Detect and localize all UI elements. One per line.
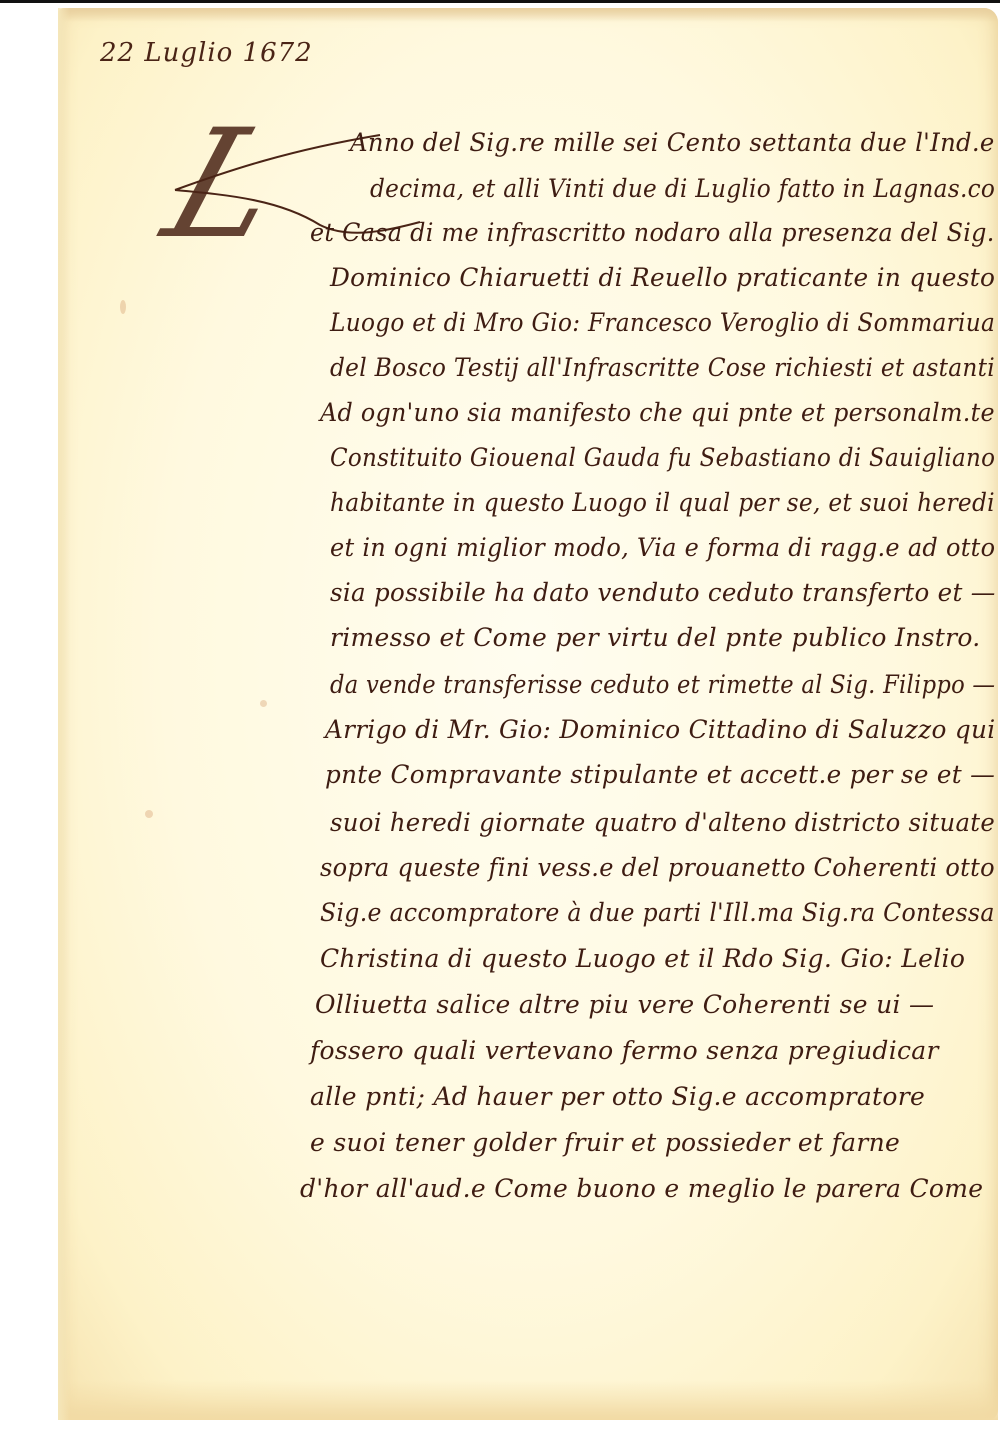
text-line: sia possibile ha dato venduto ceduto tra… bbox=[330, 578, 996, 607]
text-line: et Casa di me infrascritto nodaro alla p… bbox=[310, 218, 995, 247]
text-line: et in ogni miglior modo, Via e forma di … bbox=[330, 533, 995, 562]
paper-stain bbox=[145, 810, 153, 818]
text-line: rimesso et Come per virtu del pnte publi… bbox=[330, 623, 980, 652]
text-line: decima, et alli Vinti due di Luglio fatt… bbox=[370, 174, 995, 203]
text-line: da vende transferisse ceduto et rimette … bbox=[330, 670, 995, 699]
text-line: Sig.e accompratore à due parti l'Ill.ma … bbox=[320, 898, 995, 927]
text-line: habitante in questo Luogo il qual per se… bbox=[330, 488, 995, 517]
text-line: d'hor all'aud.e Come buono e meglio le p… bbox=[300, 1174, 983, 1203]
text-line: Arrigo di Mr. Gio: Dominico Cittadino di… bbox=[325, 715, 995, 744]
text-line: sopra queste fini vess.e del prouanetto … bbox=[320, 853, 995, 882]
text-line: del Bosco Testij all'Infrascritte Cose r… bbox=[330, 353, 995, 382]
text-line: fossero quali vertevano fermo senza preg… bbox=[310, 1036, 939, 1065]
text-line: suoi heredi giornate quatro d'alteno dis… bbox=[330, 808, 995, 837]
scan-border bbox=[0, 0, 1000, 3]
paper-stain bbox=[120, 300, 126, 314]
text-line: Olliuetta salice altre piu vere Coherent… bbox=[315, 990, 934, 1019]
margin-date: 22 Luglio 1672 bbox=[100, 38, 313, 68]
text-line: Ad ogn'uno sia manifesto che qui pnte et… bbox=[320, 398, 995, 427]
text-line: pnte Compravante stipulante et accett.e … bbox=[325, 760, 995, 789]
text-line: Anno del Sig.re mille sei Cento settanta… bbox=[350, 128, 995, 157]
text-line: e suoi tener golder fruir et possieder e… bbox=[310, 1128, 900, 1157]
paper-stain bbox=[260, 700, 267, 707]
paper-left-edge bbox=[58, 8, 70, 1420]
text-line: Luogo et di Mro Gio: Francesco Veroglio … bbox=[330, 308, 995, 337]
text-line: alle pnti; Ad hauer per otto Sig.e accom… bbox=[310, 1082, 925, 1111]
text-line: Dominico Chiaruetti di Reuello praticant… bbox=[330, 263, 995, 292]
text-line: Christina di questo Luogo et il Rdo Sig.… bbox=[320, 944, 965, 973]
text-line: Constituito Giouenal Gauda fu Sebastiano… bbox=[330, 443, 995, 472]
